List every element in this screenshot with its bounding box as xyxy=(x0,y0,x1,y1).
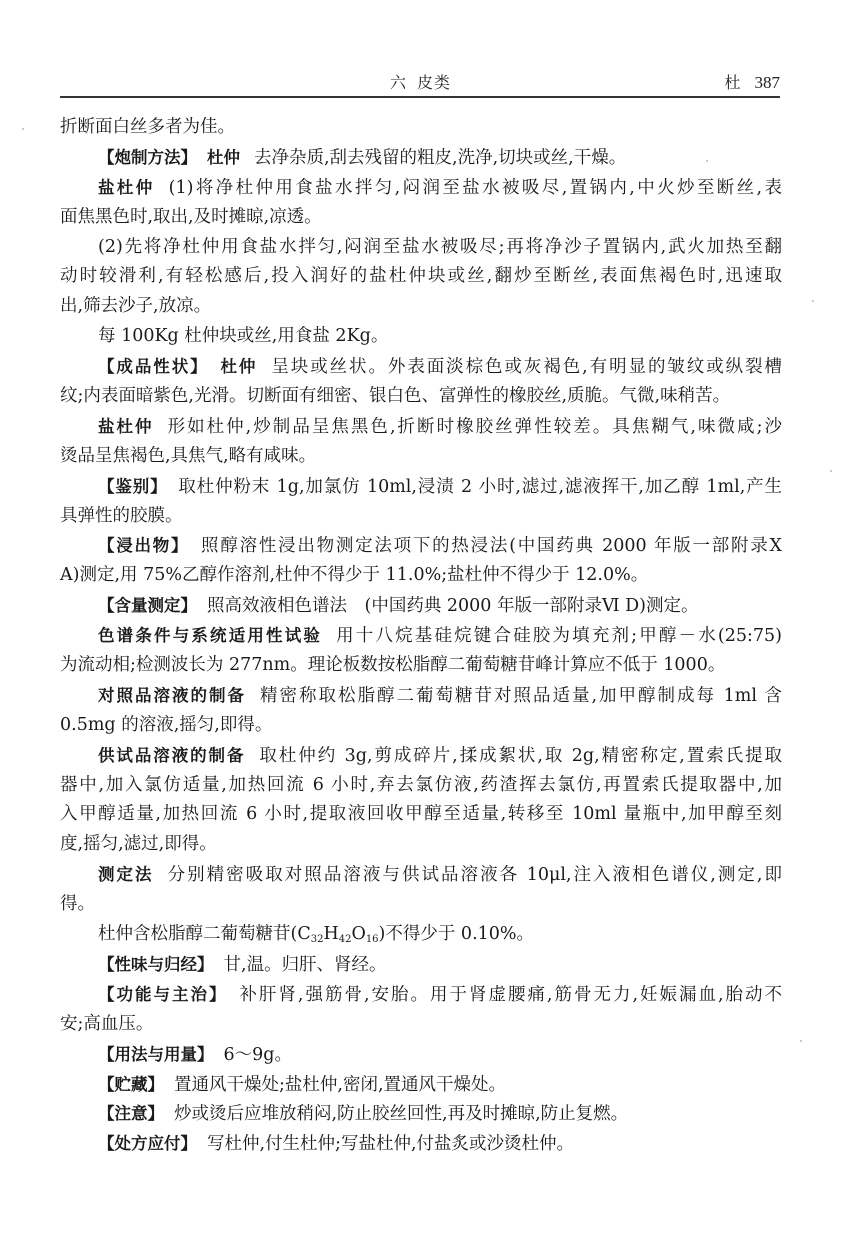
text-line: 折断面白丝多者为佳。 xyxy=(60,113,782,143)
text: 取杜仲粉末 1g,加氯仿 10ml,浸渍 2 小时,滤过,滤液挥干,加乙醇 1m… xyxy=(177,477,782,497)
section-function: 【功能与主治】补肝肾,强筋骨,安胎。用于肾虚腰痛,筋骨无力,妊娠漏血,胎动不 xyxy=(60,980,782,1010)
text: 呈块或丝状。外表面淡棕色或灰褐色,有明显的皱纹或纵裂槽 xyxy=(271,357,782,377)
text: 出,筛去沙子,放凉。 xyxy=(60,296,211,316)
text-line: 为流动相;检测波长为 277nm。理论板数按松脂醇二葡萄糖苷峰计算应不低于 10… xyxy=(60,651,782,681)
section-label: 【含量测定】 xyxy=(98,596,197,615)
text: 烫品呈焦褐色,具焦气,略有咸味。 xyxy=(60,446,316,466)
text: 形如杜仲,炒制品呈焦黑色,折断时橡胶丝弹性较差。具焦糊气,味微咸;沙 xyxy=(168,417,782,437)
section-nature: 【性味与归经】甘,温。归肝、肾经。 xyxy=(60,950,782,980)
chromatography-conditions: 色谱条件与系统适用性试验用十八烷基硅烷键合硅胶为填充剂;甲醇－水(25:75) xyxy=(60,621,782,651)
text: 度,摇匀,滤过,即得。 xyxy=(60,834,217,854)
section-label: 【用法与用量】 xyxy=(98,1045,214,1064)
text: 0.5mg 的溶液,摇匀,即得。 xyxy=(60,715,272,735)
page-info: 杜387 xyxy=(724,70,780,93)
sub-label: 色谱条件与系统适用性试验 xyxy=(98,626,322,645)
section-label: 【成品性状】 xyxy=(98,357,209,376)
text-line: 面焦黑色时,取出,及时摊晾,凉透。 xyxy=(60,203,782,233)
section-prescription: 【处方应付】写杜仲,付生杜仲;写盐杜仲,付盐炙或沙烫杜仲。 xyxy=(60,1129,782,1159)
text: 杜仲含松脂醇二葡萄糖苷( xyxy=(98,924,297,944)
text: 为流动相;检测波长为 277nm。理论板数按松脂醇二葡萄糖苷峰计算应不低于 10… xyxy=(60,655,725,675)
chapter-number: 六 xyxy=(390,73,407,92)
section-dosage: 【用法与用量】6～9g。 xyxy=(60,1040,782,1070)
element: O xyxy=(351,924,365,944)
text: 纹;内表面暗紫色,光滑。切断面有细密、银白色、富弹性的橡胶丝,质脆。气微,味稍苦… xyxy=(60,386,730,406)
determination-method: 测定法分别精密吸取对照品溶液与供试品溶液各 10μl,注入液相色谱仪,测定,即 xyxy=(60,860,782,890)
text-line: 度,摇匀,滤过,即得。 xyxy=(60,830,782,860)
salt-method-2: (2)先将净杜仲用食盐水拌匀,闷润至盐水被吸尽;再将净沙子置锅内,武火加热至翻 xyxy=(60,233,782,263)
section-label: 【功能与主治】 xyxy=(98,985,227,1004)
sub-label: 盐杜仲 xyxy=(98,417,154,436)
text-line: 纹;内表面暗紫色,光滑。切断面有细密、银白色、富弹性的橡胶丝,质脆。气微,味稍苦… xyxy=(60,382,782,412)
page-body: 折断面白丝多者为佳。 【炮制方法】杜仲去净杂质,刮去残留的粗皮,洗净,切块或丝,… xyxy=(60,113,782,1159)
text: 置通风干燥处;盐杜仲,密闭,置通风干燥处。 xyxy=(174,1075,506,1095)
sub-label: 盐杜仲 xyxy=(98,178,155,197)
text: A)测定,用 75%乙醇作溶剂,杜仲不得少于 11.0%;盐杜仲不得少于 12.… xyxy=(60,565,648,585)
section-label: 【鉴别】 xyxy=(98,477,167,496)
section-label: 【贮藏】 xyxy=(98,1075,164,1094)
chemical-formula: C32H42O16 xyxy=(297,924,378,944)
text: (1)将净杜仲用食盐水拌匀,闷润至盐水被吸尽,置锅内,中火炒至断丝,表 xyxy=(169,178,782,198)
sub-label: 对照品溶液的制备 xyxy=(98,686,246,705)
subscript: 16 xyxy=(366,934,379,945)
text: 用十八烷基硅烷键合硅胶为填充剂;甲醇－水(25:75) xyxy=(336,626,782,646)
text: 折断面白丝多者为佳。 xyxy=(60,117,235,137)
text-line: 安;高血压。 xyxy=(60,1010,782,1040)
salt-method-1: 盐杜仲(1)将净杜仲用食盐水拌匀,闷润至盐水被吸尽,置锅内,中火炒至断丝,表 xyxy=(60,173,782,203)
section-processing: 【炮制方法】杜仲去净杂质,刮去残留的粗皮,洗净,切块或丝,干燥。 xyxy=(60,143,782,173)
text-line: 得。 xyxy=(60,890,782,920)
scan-speck xyxy=(800,1040,802,1042)
text-line: 出,筛去沙子,放凉。 xyxy=(60,292,782,322)
section-caution: 【注意】炒或烫后应堆放稍闷,防止胶丝回性,再及时摊晾,防止复燃。 xyxy=(60,1099,782,1129)
text-line: 器中,加入氯仿适量,加热回流 6 小时,弃去氯仿液,药渣挥去氯仿,再置索氏提取器… xyxy=(60,771,782,801)
text: 分别精密吸取对照品溶液与供试品溶液各 10μl,注入液相色谱仪,测定,即 xyxy=(168,865,782,885)
text: 补肝肾,强筋骨,安胎。用于肾虚腰痛,筋骨无力,妊娠漏血,胎动不 xyxy=(237,985,782,1005)
section-label: 【浸出物】 xyxy=(98,536,189,555)
text: 去净杂质,刮去残留的粗皮,洗净,切块或丝,干燥。 xyxy=(254,148,626,168)
text: 甘,温。归肝、肾经。 xyxy=(224,955,387,975)
text: )不得少于 0.10%。 xyxy=(379,924,534,944)
entry-short-title: 杜 xyxy=(724,73,740,92)
running-header: 六皮类 杜387 xyxy=(60,70,780,96)
text: 照醇溶性浸出物测定法项下的热浸法(中国药典 2000 年版一部附录Ⅹ xyxy=(199,536,782,556)
text: 写杜仲,付生杜仲;写盐杜仲,付盐炙或沙烫杜仲。 xyxy=(207,1134,574,1154)
chapter-title: 皮类 xyxy=(417,73,451,92)
text: 入甲醇适量,加热回流 6 小时,提取液回收甲醇至适量,转移至 10ml 量瓶中,… xyxy=(60,804,782,824)
sub-label: 供试品溶液的制备 xyxy=(98,746,245,765)
section-storage: 【贮藏】置通风干燥处;盐杜仲,密闭,置通风干燥处。 xyxy=(60,1070,782,1100)
text: 每 100Kg 杜仲块或丝,用食盐 2Kg。 xyxy=(98,326,388,346)
sub-label: 测定法 xyxy=(98,865,154,884)
text-line: 入甲醇适量,加热回流 6 小时,提取液回收甲醇至适量,转移至 10ml 量瓶中,… xyxy=(60,800,782,830)
section-label: 【炮制方法】 xyxy=(98,148,197,167)
text: (2)先将净杜仲用食盐水拌匀,闷润至盐水被吸尽;再将净沙子置锅内,武火加热至翻 xyxy=(98,237,782,257)
section-identification: 【鉴别】取杜仲粉末 1g,加氯仿 10ml,浸渍 2 小时,滤过,滤液挥干,加乙… xyxy=(60,472,782,502)
text: 炒或烫后应堆放稍闷,防止胶丝回性,再及时摊晾,防止复燃。 xyxy=(174,1104,628,1124)
text: 器中,加入氯仿适量,加热回流 6 小时,弃去氯仿液,药渣挥去氯仿,再置索氏提取器… xyxy=(60,775,782,795)
sub-label: 杜仲 xyxy=(219,357,258,376)
element: C xyxy=(297,924,310,944)
scan-speck xyxy=(812,300,814,302)
text-line: 烫品呈焦褐色,具焦气,略有咸味。 xyxy=(60,442,782,472)
subscript: 42 xyxy=(339,934,352,945)
text: 取杜仲约 3g,剪成碎片,揉成絮状,取 2g,精密称定,置索氏提取 xyxy=(259,746,782,766)
text-line: A)测定,用 75%乙醇作溶剂,杜仲不得少于 11.0%;盐杜仲不得少于 12.… xyxy=(60,561,782,591)
section-assay: 【含量测定】照高效液相色谱法 (中国药典 2000 年版一部附录Ⅵ D)测定。 xyxy=(60,591,782,621)
text: 照高效液相色谱法 (中国药典 2000 年版一部附录Ⅵ D)测定。 xyxy=(207,596,699,616)
subscript: 32 xyxy=(311,934,324,945)
test-solution: 供试品溶液的制备取杜仲约 3g,剪成碎片,揉成絮状,取 2g,精密称定,置索氏提… xyxy=(60,741,782,771)
section-label: 【注意】 xyxy=(98,1104,164,1123)
text: 动时较滑利,有轻松感后,投入润好的盐杜仲块或丝,翻炒至断丝,表面焦褐色时,迅速取 xyxy=(60,266,782,286)
section-extract: 【浸出物】照醇溶性浸出物测定法项下的热浸法(中国药典 2000 年版一部附录Ⅹ xyxy=(60,531,782,561)
chapter-heading: 六皮类 xyxy=(390,70,451,93)
salt-traits: 盐杜仲形如杜仲,炒制品呈焦黑色,折断时橡胶丝弹性较差。具焦糊气,味微咸;沙 xyxy=(60,412,782,442)
page-number: 387 xyxy=(755,73,781,92)
text: 得。 xyxy=(60,894,95,914)
scan-speck xyxy=(22,128,24,130)
salt-ratio: 每 100Kg 杜仲块或丝,用食盐 2Kg。 xyxy=(60,322,782,352)
text: 面焦黑色时,取出,及时摊晾,凉透。 xyxy=(60,207,322,227)
text: 具弹性的胶膜。 xyxy=(60,506,183,526)
text-line: 具弹性的胶膜。 xyxy=(60,502,782,532)
scan-speck xyxy=(830,470,832,472)
text-line: 0.5mg 的溶液,摇匀,即得。 xyxy=(60,711,782,741)
section-product-traits: 【成品性状】杜仲呈块或丝状。外表面淡棕色或灰褐色,有明显的皱纹或纵裂槽 xyxy=(60,352,782,382)
content-limit: 杜仲含松脂醇二葡萄糖苷(C32H42O16)不得少于 0.10%。 xyxy=(60,920,782,950)
reference-solution: 对照品溶液的制备精密称取松脂醇二葡萄糖苷对照品适量,加甲醇制成每 1ml 含 xyxy=(60,681,782,711)
text: 6～9g。 xyxy=(224,1045,292,1065)
scan-speck xyxy=(706,160,708,162)
section-label: 【性味与归经】 xyxy=(98,955,214,974)
sub-label: 杜仲 xyxy=(207,148,240,167)
text-line: 动时较滑利,有轻松感后,投入润好的盐杜仲块或丝,翻炒至断丝,表面焦褐色时,迅速取 xyxy=(60,262,782,292)
section-label: 【处方应付】 xyxy=(98,1134,197,1153)
header-rule xyxy=(60,96,780,98)
text: 安;高血压。 xyxy=(60,1014,153,1034)
element: H xyxy=(323,924,338,944)
text: 精密称取松脂醇二葡萄糖苷对照品适量,加甲醇制成每 1ml 含 xyxy=(260,686,782,706)
